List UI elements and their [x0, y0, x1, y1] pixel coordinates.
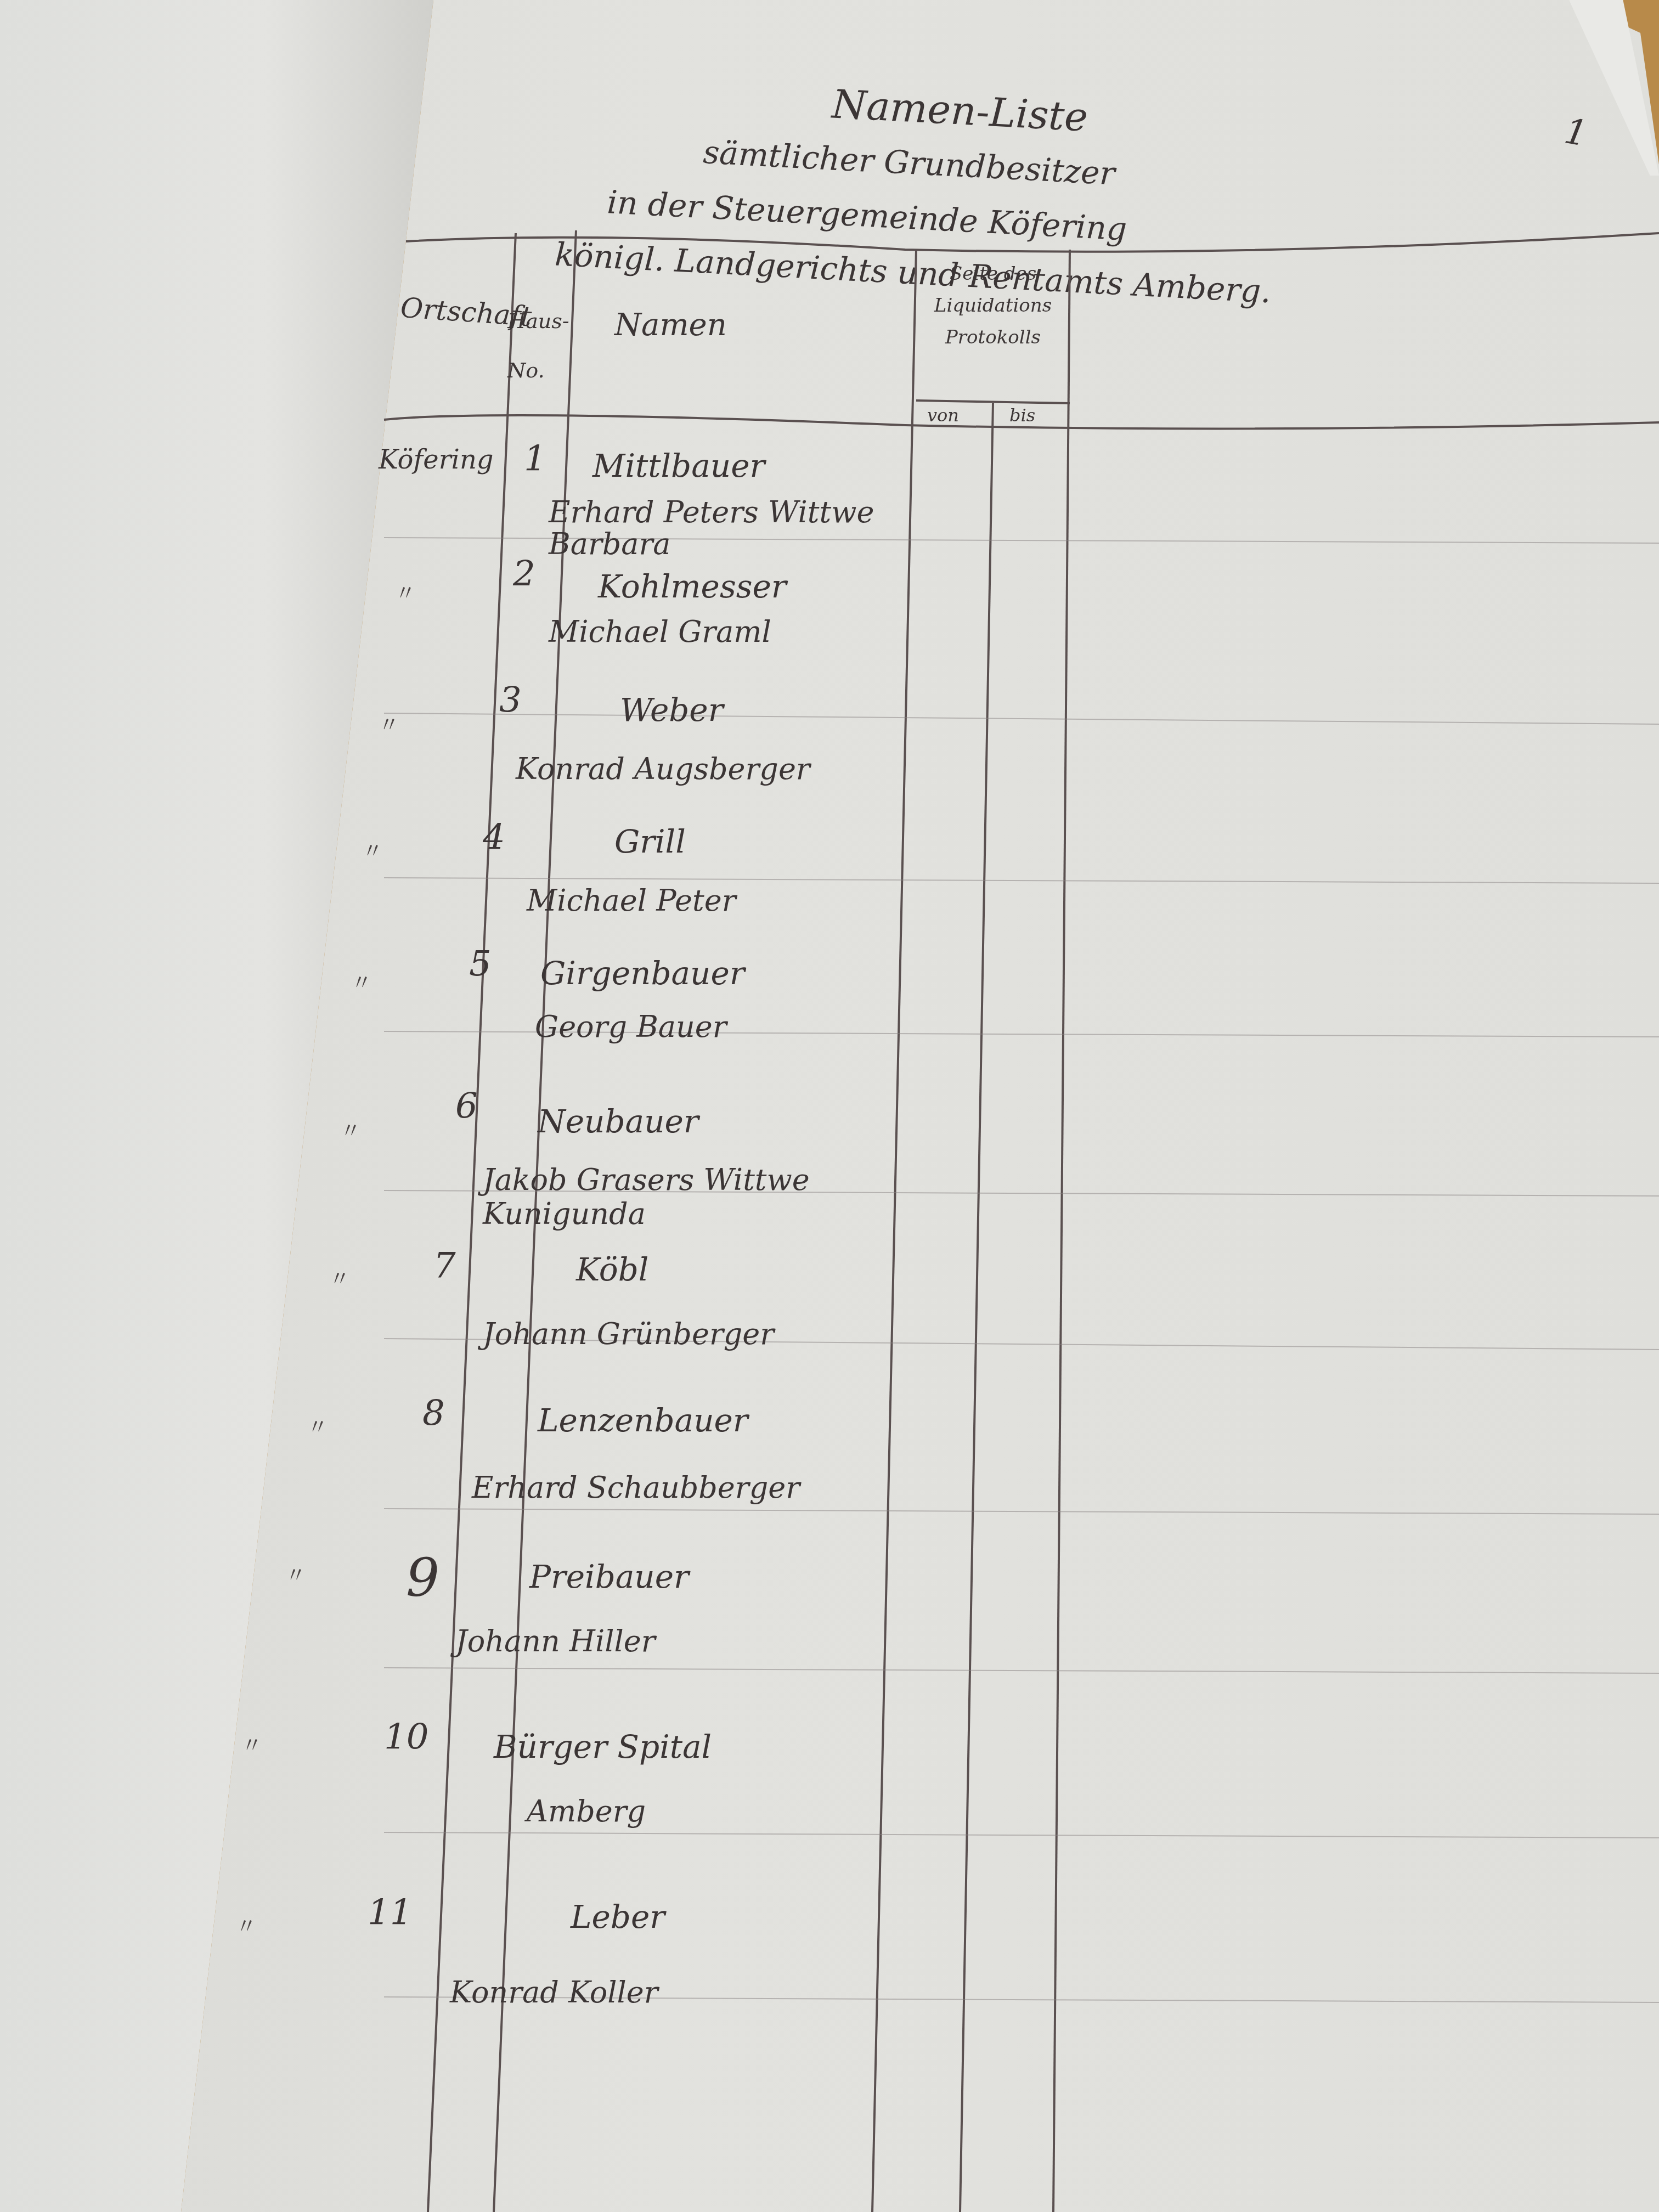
row-8-ortschaft-ditto: 〃	[307, 1410, 328, 1440]
row-5-hofname: Girgenbauer	[540, 955, 745, 992]
row-1-haus-no: 1	[524, 439, 546, 479]
row-2-haus-no: 2	[513, 554, 535, 595]
header-bis: bis	[1009, 405, 1035, 426]
header-namen: Namen	[614, 307, 727, 343]
row-10-haus-no: 10	[384, 1717, 428, 1758]
row-4-hofname: Grill	[614, 823, 686, 860]
row-5-besitzer: Georg Bauer	[535, 1009, 727, 1044]
row-6-hofname: Neubauer	[538, 1103, 699, 1140]
row-11-hofname: Leber	[571, 1898, 665, 1936]
row-5-haus-no: 5	[469, 944, 492, 984]
row-1-besitzer: Erhard Peters Wittwe Barbara	[549, 496, 878, 560]
table-ruling-lines	[0, 0, 1659, 2212]
row-9-hofname: Preibauer	[529, 1558, 689, 1595]
row-3-ortschaft-ditto: 〃	[379, 708, 399, 738]
row-2-besitzer: Michael Graml	[549, 614, 771, 649]
row-9-besitzer: Johann Hiller	[455, 1624, 656, 1658]
row-1-hofname: Mittlbauer	[592, 447, 765, 484]
row-11-ortschaft-ditto: 〃	[236, 1909, 257, 1939]
row-8-haus-no: 8	[422, 1393, 445, 1434]
row-9-haus-no: 9	[406, 1547, 439, 1609]
row-2-hofname: Kohlmesser	[598, 568, 787, 605]
row-1-ortschaft: Köfering	[379, 444, 494, 475]
row-10-ortschaft-ditto: 〃	[241, 1728, 262, 1758]
row-4-ortschaft-ditto: 〃	[362, 834, 383, 864]
row-6-ortschaft-ditto: 〃	[340, 1114, 361, 1144]
row-4-haus-no: 4	[483, 817, 505, 858]
row-6-haus-no: 6	[455, 1086, 478, 1127]
row-7-ortschaft-ditto: 〃	[329, 1262, 350, 1292]
row-10-besitzer: Amberg	[527, 1794, 646, 1829]
header-seite-protokoll: Seite des Liquidations Protokolls	[919, 258, 1067, 353]
row-3-hofname: Weber	[620, 691, 723, 729]
row-5-ortschaft-ditto: 〃	[351, 966, 372, 996]
row-8-hofname: Lenzenbauer	[538, 1402, 748, 1439]
row-3-besitzer: Konrad Augsberger	[516, 752, 810, 786]
land-register-table: Ortschaft Haus-No. Namen Seite des Liqui…	[0, 0, 1659, 2212]
row-6-besitzer: Jakob Grasers Wittwe Kunigunda	[483, 1163, 878, 1231]
row-4-besitzer: Michael Peter	[527, 883, 736, 918]
row-10-hofname: Bürger Spital	[494, 1728, 712, 1765]
row-7-hofname: Köbl	[576, 1251, 648, 1288]
header-haus-no: Haus-No.	[507, 296, 568, 395]
row-2-ortschaft-ditto: 〃	[395, 576, 416, 606]
row-9-ortschaft-ditto: 〃	[285, 1558, 306, 1588]
header-von: von	[927, 405, 959, 426]
row-11-haus-no: 11	[368, 1893, 412, 1933]
row-3-haus-no: 3	[499, 680, 522, 721]
row-7-haus-no: 7	[433, 1245, 456, 1286]
row-8-besitzer: Erhard Schaubberger	[472, 1470, 800, 1505]
row-11-besitzer: Konrad Koller	[450, 1975, 658, 2010]
row-7-besitzer: Johann Grünberger	[483, 1317, 774, 1351]
